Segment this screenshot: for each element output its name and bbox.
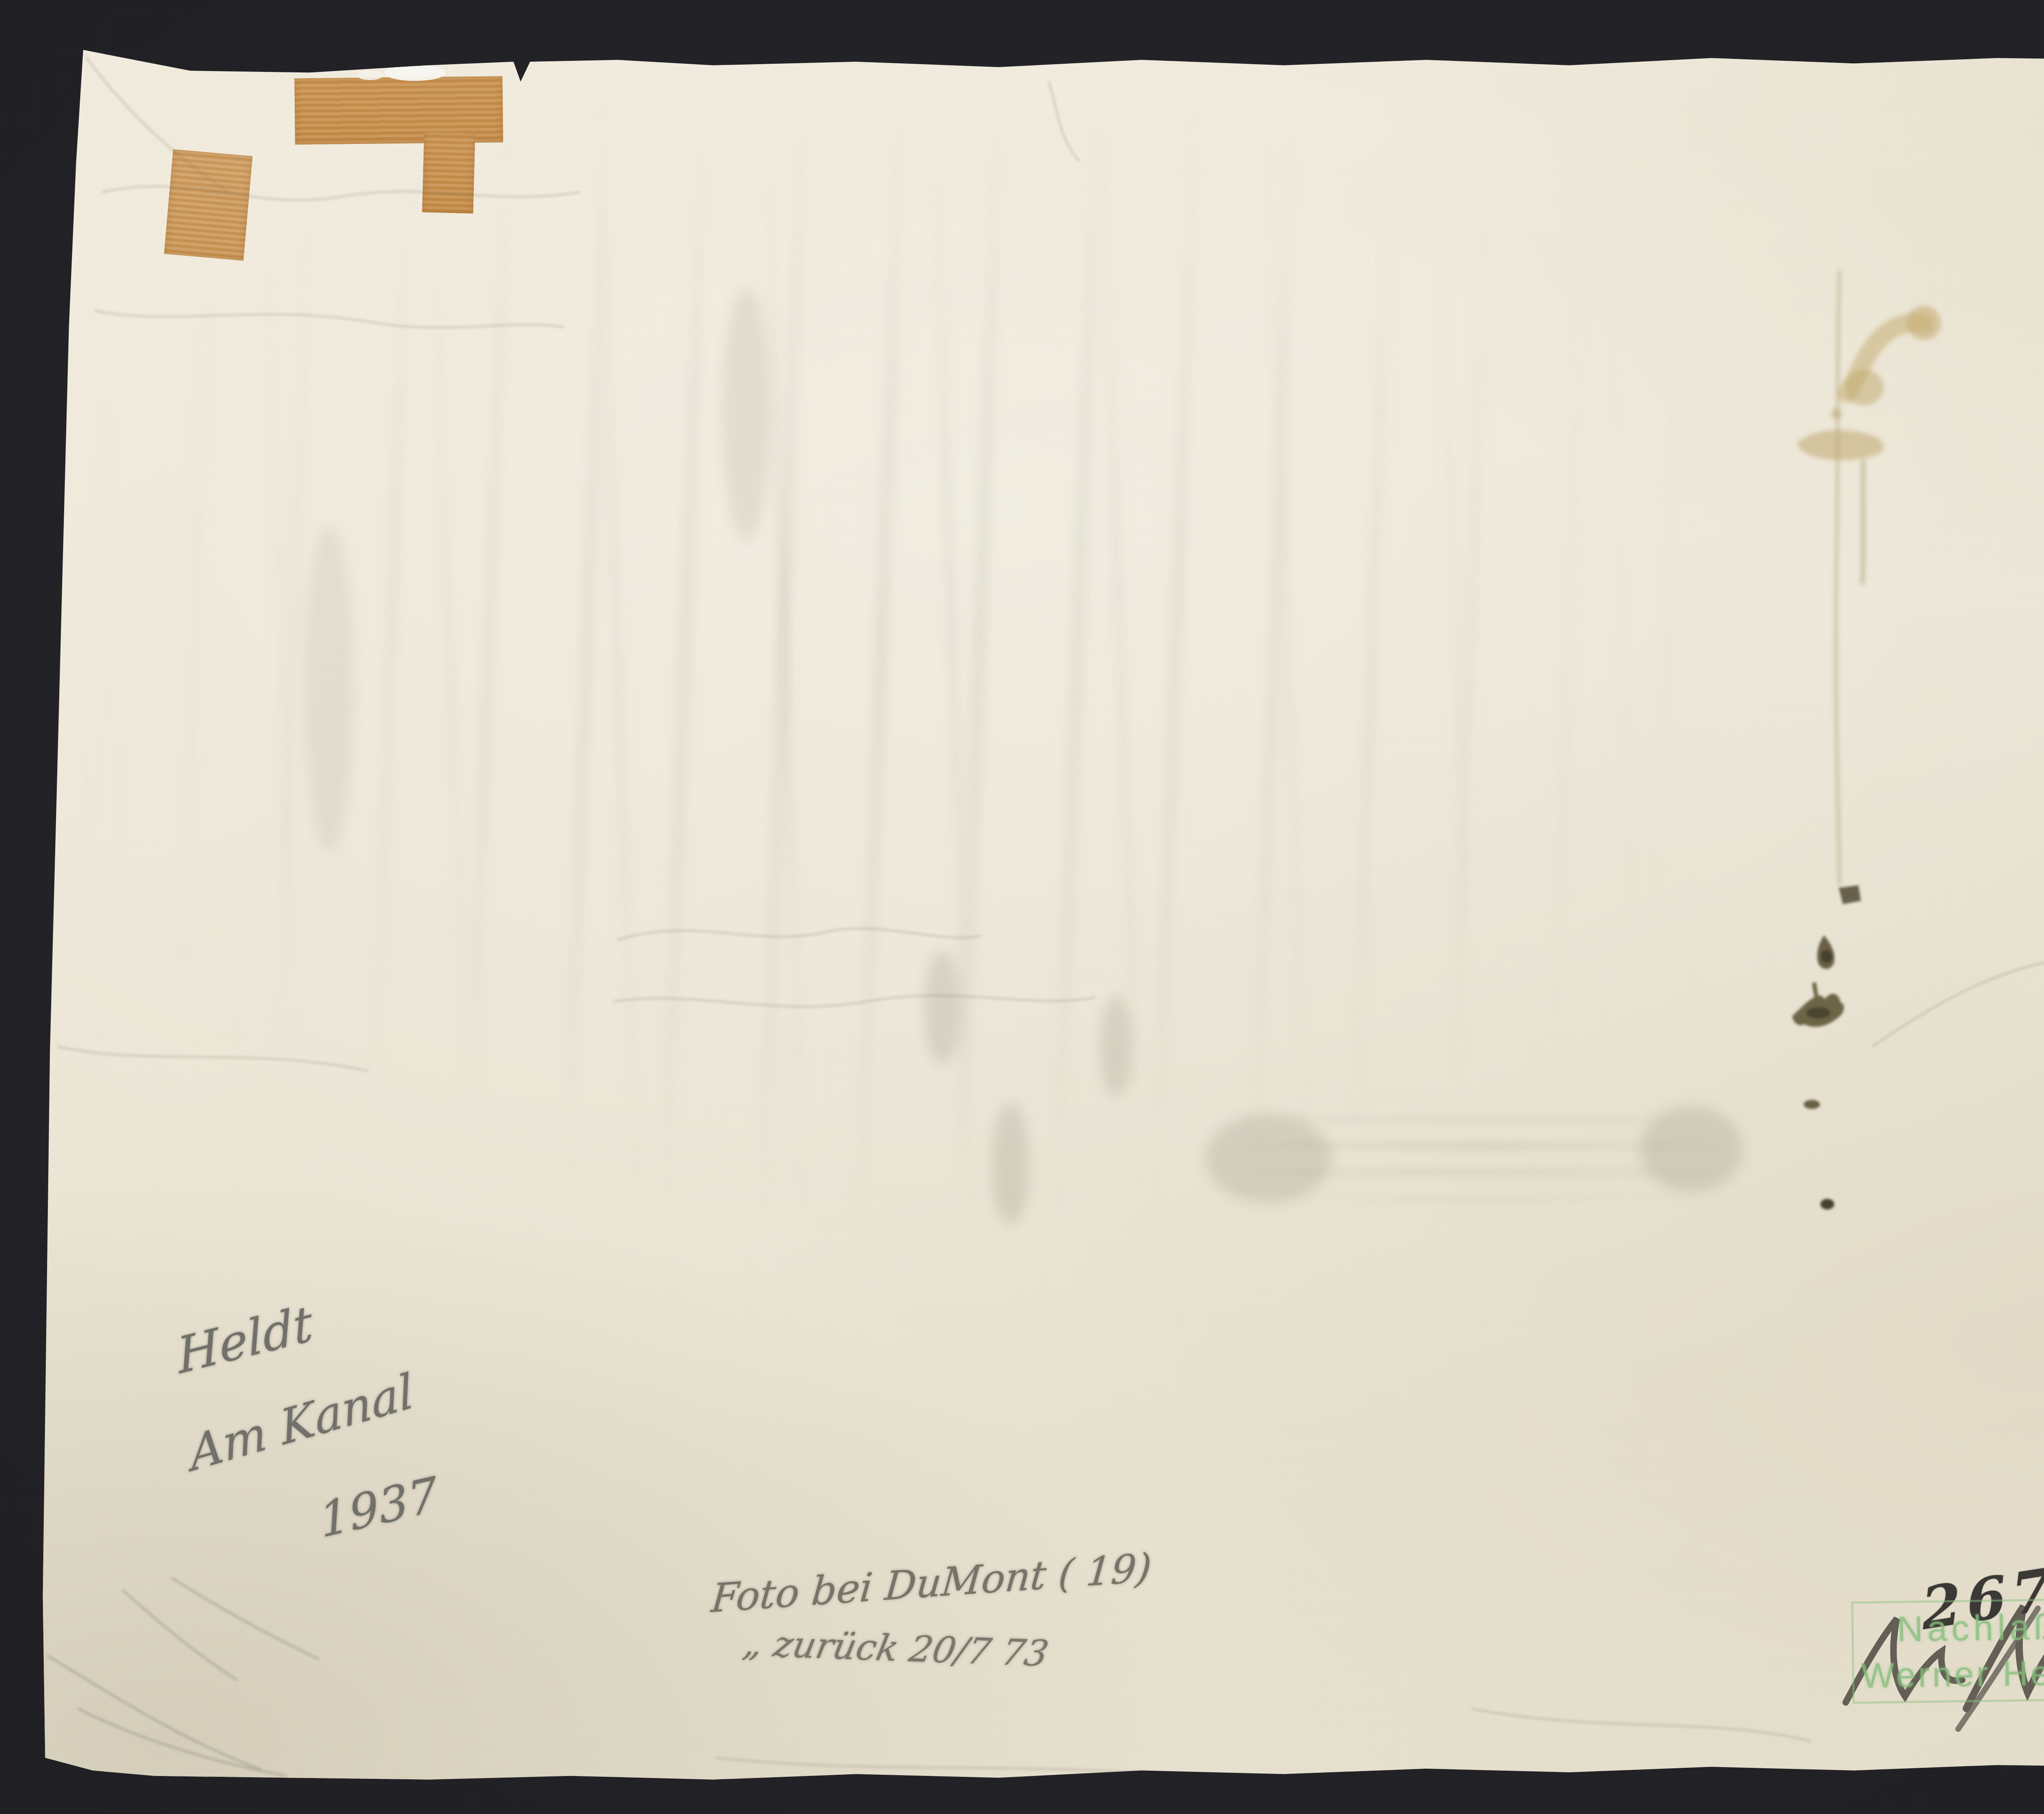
dark-spots [1792,885,1861,1209]
drip-stain [1798,270,2044,885]
crease-lines-bottom-left [47,1578,319,1776]
torn-fibre-patch [357,65,446,81]
paper-sheet: Heldt Am Kanal 1937 Foto bei DuMont ( 19… [0,0,2044,1814]
stains-creases-overlay [0,0,2044,1814]
estate-stamp: Nachlaß Werner Heldt [1851,1598,2044,1704]
estate-stamp-line2: Werner Heldt [1861,1653,2044,1696]
photo-backdrop: Heldt Am Kanal 1937 Foto bei DuMont ( 19… [0,0,2044,1814]
estate-stamp-line1: Nachlaß [1897,1606,2044,1650]
